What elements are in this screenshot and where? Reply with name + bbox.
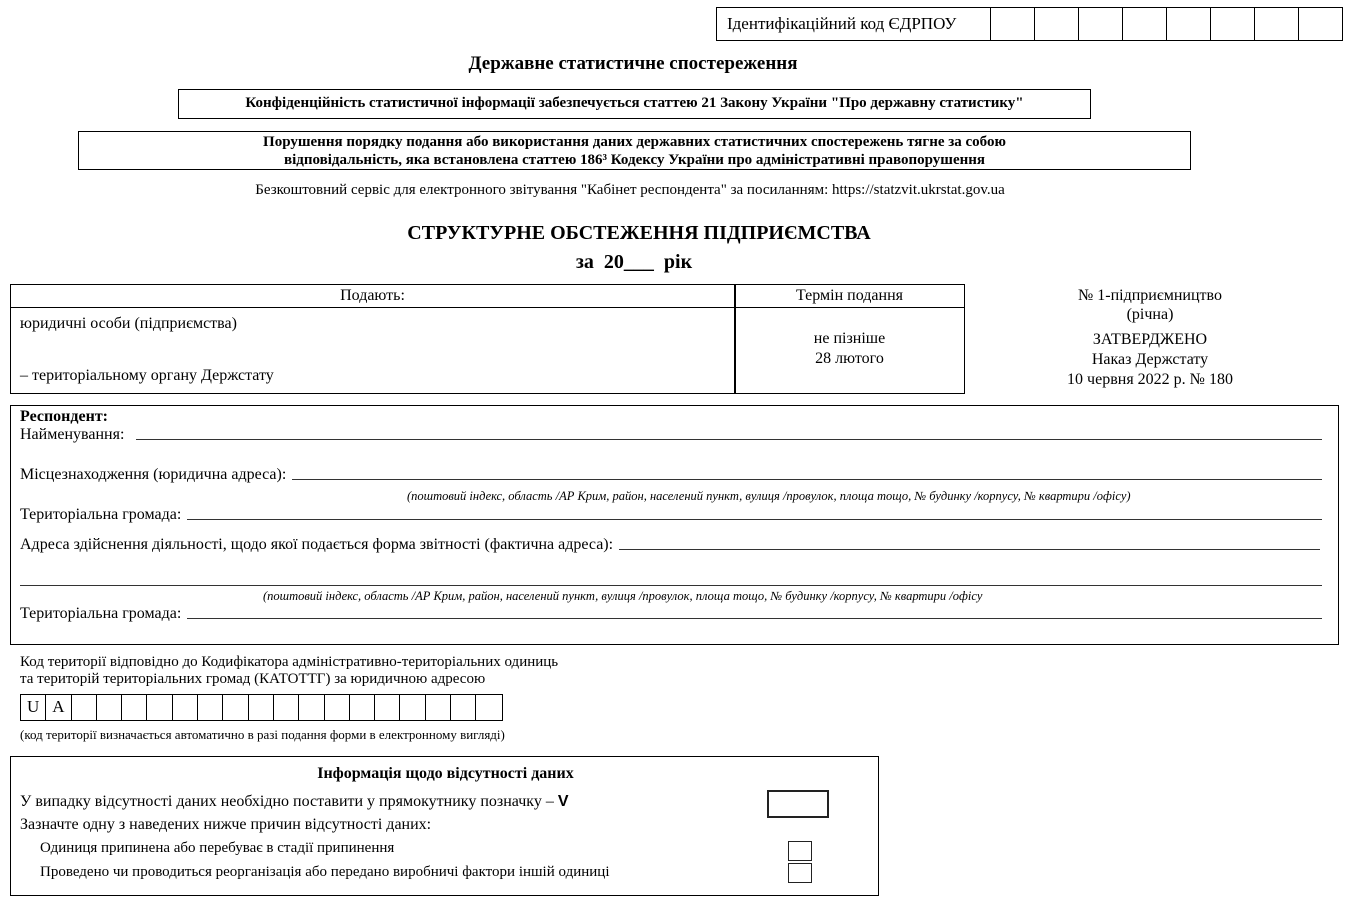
katottg-note: (код території визначається автоматично … xyxy=(20,727,505,743)
service-notice: Безкоштовний сервіс для електронного зві… xyxy=(0,182,1260,199)
katottg-code-cell[interactable] xyxy=(147,695,172,720)
form-periodicity: (річна) xyxy=(1040,305,1260,324)
recipient-text: – територіальному органу Держстату xyxy=(20,367,274,385)
deadline-text: не пізніше 28 лютого xyxy=(735,329,964,369)
katottg-code-cell[interactable] xyxy=(97,695,122,720)
approval-stamp: ЗАТВЕРДЖЕНО Наказ Держстату 10 червня 20… xyxy=(1040,330,1260,390)
katottg-code-cell[interactable] xyxy=(274,695,299,720)
community2-row: Територіальна громада: xyxy=(20,605,1322,623)
column-header-submitters: Подають: xyxy=(11,285,734,308)
katottg-code-cell[interactable] xyxy=(375,695,400,720)
katottg-label-line2: та територій територіальних громад (КАТО… xyxy=(20,671,558,688)
form-year: за 20___ рік xyxy=(0,251,1268,274)
deadline-line1: не пізніше xyxy=(735,329,964,349)
respondent-heading: Респондент: xyxy=(20,408,108,426)
katottg-code-cell[interactable] xyxy=(325,695,350,720)
form-number: № 1-підприємництво (річна) xyxy=(1040,286,1260,324)
edrpou-label: Ідентифікаційний код ЄДРПОУ xyxy=(717,8,991,40)
katottg-label: Код території відповідно до Кодифікатора… xyxy=(20,654,558,688)
katottg-code-cell[interactable] xyxy=(198,695,223,720)
reason-2-checkbox[interactable] xyxy=(788,863,812,883)
form-title: СТРУКТУРНЕ ОБСТЕЖЕННЯ ПІДПРИЄМСТВА xyxy=(0,222,1278,245)
absence-instruction-text: У випадку відсутності даних необхідно по… xyxy=(20,793,554,810)
confidentiality-notice: Конфіденційність статистичної інформації… xyxy=(178,89,1091,119)
katottg-code-cell[interactable] xyxy=(223,695,248,720)
katottg-code-cell[interactable] xyxy=(426,695,451,720)
edrpou-digit-cell[interactable] xyxy=(1079,8,1123,40)
edrpou-code-field: Ідентифікаційний код ЄДРПОУ xyxy=(716,7,1343,41)
community2-input[interactable] xyxy=(187,617,1322,619)
katottg-code-cell[interactable] xyxy=(400,695,425,720)
data-absence-section: Інформація щодо відсутності даних У випа… xyxy=(10,756,879,896)
submission-table: Подають: Термін подання юридичні особи (… xyxy=(10,284,965,394)
form-number-text: № 1-підприємництво xyxy=(1040,286,1260,305)
absence-title: Інформація щодо відсутності даних xyxy=(11,765,880,783)
column-header-deadline: Термін подання xyxy=(735,285,964,308)
reason-2-label: Проведено чи проводиться реорганізація а… xyxy=(40,864,609,881)
submitters-text: юридичні особи (підприємства) xyxy=(20,315,237,333)
edrpou-digit-cell[interactable] xyxy=(1255,8,1299,40)
approved-label: ЗАТВЕРДЖЕНО xyxy=(1040,330,1260,350)
approved-date: 10 червня 2022 р. № 180 xyxy=(1040,370,1260,390)
observation-title: Державне статистичне спостереження xyxy=(0,53,1266,75)
data-absent-checkbox[interactable] xyxy=(767,790,829,818)
actual-address-label: Адреса здійснення діяльності, щодо якої … xyxy=(20,536,613,554)
katottg-code-cell[interactable] xyxy=(249,695,274,720)
katottg-code-cell[interactable] xyxy=(173,695,198,720)
actual-address-row: Адреса здійснення діяльності, щодо якої … xyxy=(20,536,1320,554)
katottg-code-cell[interactable] xyxy=(122,695,147,720)
katottg-code-cell[interactable] xyxy=(72,695,97,720)
katottg-code-cell[interactable]: A xyxy=(46,695,71,720)
community-label: Територіальна громада: xyxy=(20,506,181,524)
deadline-line2: 28 лютого xyxy=(735,349,964,369)
respondent-section: Респондент: Найменування: Місцезнаходжен… xyxy=(10,405,1339,645)
reason-1-checkbox[interactable] xyxy=(788,841,812,861)
katottg-code-cell[interactable]: U xyxy=(21,695,46,720)
violation-notice-line1: Порушення порядку подання або використан… xyxy=(79,133,1190,151)
edrpou-digit-cell[interactable] xyxy=(991,8,1035,40)
actual-address-input[interactable] xyxy=(619,548,1320,550)
violation-notice: Порушення порядку подання або використан… xyxy=(78,131,1191,170)
community-row: Територіальна громада: xyxy=(20,506,1322,524)
community-input[interactable] xyxy=(187,518,1322,520)
legal-address-row: Місцезнаходження (юридична адреса): xyxy=(20,466,1322,484)
katottg-code-cell[interactable] xyxy=(350,695,375,720)
reason-prompt: Зазначте одну з наведених нижче причин в… xyxy=(20,816,431,834)
community2-label: Територіальна громада: xyxy=(20,605,181,623)
actual-address-hint: (поштовий індекс, область /АР Крим, райо… xyxy=(263,589,982,604)
katottg-label-line1: Код території відповідно до Кодифікатора… xyxy=(20,654,558,671)
legal-address-hint: (поштовий індекс, область /АР Крим, райо… xyxy=(407,489,1131,504)
katottg-code-cell[interactable] xyxy=(451,695,476,720)
katottg-code-cell[interactable] xyxy=(476,695,501,720)
legal-address-input[interactable] xyxy=(292,478,1322,480)
katottg-code-field: UA xyxy=(20,694,503,721)
edrpou-digit-cell[interactable] xyxy=(1211,8,1255,40)
katottg-code-cell[interactable] xyxy=(299,695,324,720)
actual-address-input-line2[interactable] xyxy=(20,584,1322,586)
reason-1-label: Одиниця припинена або перебуває в стадії… xyxy=(40,840,394,857)
edrpou-digit-cell[interactable] xyxy=(1123,8,1167,40)
approved-by: Наказ Держстату xyxy=(1040,350,1260,370)
name-input[interactable] xyxy=(136,438,1322,440)
check-mark-symbol: V xyxy=(558,793,569,810)
edrpou-digit-cell[interactable] xyxy=(1299,8,1342,40)
violation-notice-line2: відповідальність, яка встановлена статте… xyxy=(79,151,1190,169)
name-row: Найменування: xyxy=(20,426,1322,444)
legal-address-label: Місцезнаходження (юридична адреса): xyxy=(20,466,286,484)
name-label: Найменування: xyxy=(20,426,124,444)
absence-instruction: У випадку відсутності даних необхідно по… xyxy=(20,793,568,811)
edrpou-digit-cell[interactable] xyxy=(1167,8,1211,40)
edrpou-digit-cell[interactable] xyxy=(1035,8,1079,40)
